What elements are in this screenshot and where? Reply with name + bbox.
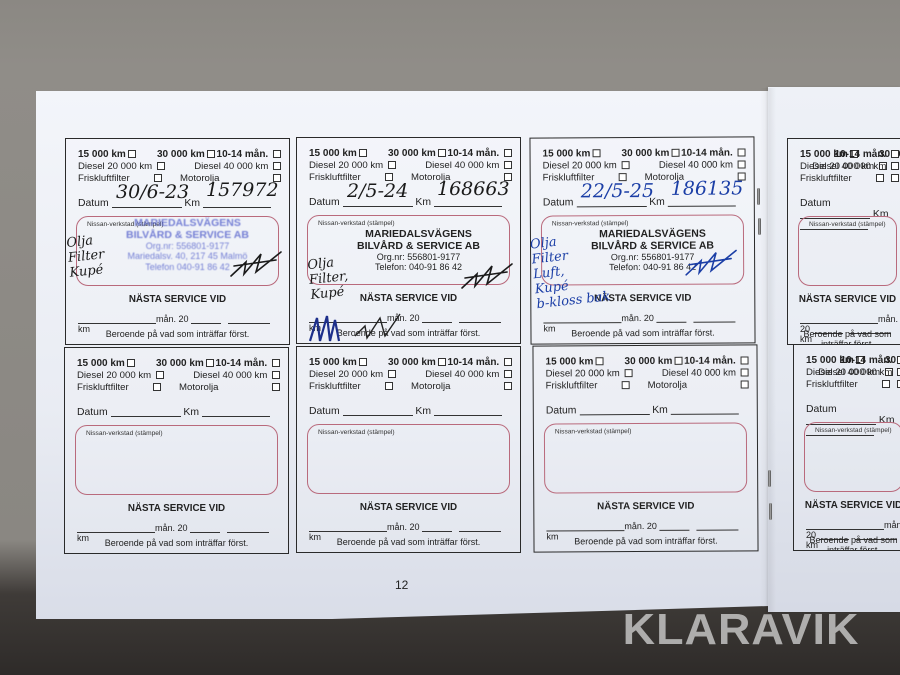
date-label: Datum xyxy=(806,404,837,415)
next-month-field[interactable] xyxy=(77,523,155,533)
option-oil-label: Motorolja xyxy=(411,381,450,392)
date-label: Datum xyxy=(800,198,831,209)
month-label: mån. 20 xyxy=(621,313,654,323)
date-field[interactable] xyxy=(111,407,181,417)
handwritten-date: 22/5-25 xyxy=(581,180,654,202)
option-15000-label: 15 000 km xyxy=(78,149,126,160)
diesel-options-row: Diesel 20 000 km Diesel 40 000 km xyxy=(546,367,749,368)
checkbox-months[interactable] xyxy=(504,149,512,157)
checkbox-diesel40[interactable] xyxy=(504,161,512,169)
service-record-card: 15 000 km 30 000 km 10-14 mån. Diesel 20… xyxy=(64,347,289,554)
checkbox-diesel20[interactable] xyxy=(157,162,165,170)
watermark-logo: KLARAVIK xyxy=(623,605,860,655)
stamp-label: Nissan-verkstad (stämpel) xyxy=(318,220,395,227)
signature-scribble xyxy=(681,242,751,282)
service-options-row: 15 000 km 30 000 km 10-14 mån. xyxy=(546,355,749,356)
handwritten-service-notes: OljaFilter,Kupé xyxy=(307,254,351,303)
next-service-heading: NÄSTA SERVICE VID xyxy=(65,503,288,514)
km-field[interactable] xyxy=(202,407,270,417)
option-15000-label: 15 000 km xyxy=(309,357,357,368)
staple xyxy=(757,188,760,205)
workshop-stamp-box: Nissan-verkstad (stämpel) xyxy=(307,424,510,494)
workshop-stamp-box: Nissan-verkstad (stämpel) xyxy=(544,422,747,493)
option-months-label: 10-14 mån. xyxy=(835,149,887,160)
option-30000-label: 30 000 km xyxy=(156,358,204,369)
next-service-heading: NÄSTA SERVICE VID xyxy=(297,502,520,513)
service-record-card: 15 000 km 30 000 km 10-14 mån. Diesel 20… xyxy=(793,344,900,551)
date-km-row: Datum Km xyxy=(309,406,512,417)
option-diesel40-label: Diesel 40 000 km xyxy=(194,161,268,172)
handwritten-km: 168663 xyxy=(437,178,510,200)
option-diesel40-label: Diesel 40 000 km xyxy=(662,368,736,379)
option-30000-label: 30 000 km xyxy=(625,356,673,367)
date-field[interactable] xyxy=(343,406,413,416)
checkbox-diesel40[interactable] xyxy=(891,162,899,170)
workshop-stamp-box: Nissan-verkstad (stämpel) xyxy=(804,422,900,492)
stamp-label: Nissan-verkstad (stämpel) xyxy=(318,429,395,436)
checkbox-months[interactable] xyxy=(741,356,749,364)
checkbox-diesel20[interactable] xyxy=(624,369,632,377)
option-filter-label: Friskluftfilter xyxy=(800,173,852,184)
next-month-field[interactable] xyxy=(309,522,387,532)
date-km-row: Datum Km xyxy=(546,404,749,416)
date-label: Datum xyxy=(309,197,340,208)
service-record-card: 15 000 km 30 000 km 10-14 mån. Diesel 20… xyxy=(532,344,758,552)
checkbox-diesel40[interactable] xyxy=(272,371,280,379)
checkbox-diesel20[interactable] xyxy=(388,161,396,169)
option-months-label: 10-14 mån. xyxy=(684,356,736,367)
workshop-stamp-box: Nissan-verkstad (stämpel) xyxy=(798,216,897,286)
km-label: Km xyxy=(652,405,668,416)
option-months-label: 10-14 mån. xyxy=(216,358,268,369)
option-15000-label: 15 000 km xyxy=(77,358,125,369)
checkbox-diesel20[interactable] xyxy=(621,161,629,169)
checkbox-diesel40[interactable] xyxy=(504,370,512,378)
checkbox-filter[interactable] xyxy=(622,381,630,389)
next-service-heading: NÄSTA SERVICE VID xyxy=(534,500,757,512)
checkbox-filter[interactable] xyxy=(876,174,884,182)
signature-scribble xyxy=(226,244,296,284)
handwritten-service-notes: OljaFilterKupé xyxy=(66,232,107,281)
checkbox-15000[interactable] xyxy=(127,359,135,367)
month-label: mån. 20 xyxy=(387,522,420,532)
handwritten-date: 2/5-24 xyxy=(347,180,408,202)
option-15000-label: 15 000 km xyxy=(543,148,591,159)
whichever-first-note: Beroende på vad som inträffar först. xyxy=(531,327,754,338)
service-record-card: 15 000 km 30 000 km 10-14 mån. Diesel 20… xyxy=(65,138,290,345)
option-diesel40-label: Diesel 40 000 km xyxy=(818,367,892,378)
checkbox-diesel40[interactable] xyxy=(738,160,746,168)
option-diesel20-label: Diesel 20 000 km xyxy=(543,160,617,171)
service-record-card: 15 000 km 30 000 km 10-14 mån. Diesel 20… xyxy=(529,136,755,344)
next-km-field[interactable] xyxy=(693,313,735,323)
checkbox-30000[interactable] xyxy=(438,149,446,157)
next-month-field[interactable] xyxy=(806,520,884,530)
staple xyxy=(769,503,772,520)
stamp-line: BILVÅRD & SERVICE AB xyxy=(317,240,520,252)
staple xyxy=(768,470,771,487)
km-label: Km xyxy=(415,406,431,417)
option-diesel20-label: Diesel 20 000 km xyxy=(309,160,383,171)
checkbox-30000[interactable] xyxy=(674,357,682,365)
date-label: Datum xyxy=(77,407,108,418)
next-km-field[interactable] xyxy=(459,313,501,323)
next-year-field[interactable] xyxy=(656,313,686,323)
scribble-mark xyxy=(305,306,415,346)
km-field[interactable] xyxy=(434,406,502,416)
whichever-first-note: Beroende på vad som inträffar först. xyxy=(65,538,288,548)
checkbox-15000[interactable] xyxy=(359,149,367,157)
km-field[interactable] xyxy=(671,405,739,415)
booklet-spine xyxy=(760,88,776,618)
stamp-label: Nissan-verkstad (stämpel) xyxy=(555,428,632,435)
checkbox-15000[interactable] xyxy=(359,358,367,366)
next-year-field[interactable] xyxy=(422,522,452,532)
checkbox-diesel40[interactable] xyxy=(741,368,749,376)
handwritten-km: 186135 xyxy=(671,177,744,199)
service-record-card: 15 000 km 30 000 km 10-14 mån. Diesel 20… xyxy=(787,138,900,345)
option-filter-label: Friskluftfilter xyxy=(546,380,598,391)
option-diesel20-label: Diesel 20 000 km xyxy=(78,161,152,172)
month-label: mån. 20 xyxy=(155,523,188,533)
next-month-field[interactable] xyxy=(78,314,156,324)
next-service-heading: NÄSTA SERVICE VID xyxy=(794,500,900,511)
next-year-field[interactable] xyxy=(422,313,452,323)
date-label: Datum xyxy=(309,406,340,417)
checkbox-oil[interactable] xyxy=(504,382,512,390)
km-label: Km xyxy=(415,197,431,208)
option-diesel40-label: Diesel 40 000 km xyxy=(659,160,733,171)
option-30000-label: 30 000 km xyxy=(157,149,205,160)
option-diesel40-label: Diesel 40 000 km xyxy=(425,369,499,380)
handwritten-km: 157972 xyxy=(206,179,279,201)
stamp-label: Nissan-verkstad (stämpel) xyxy=(809,221,886,228)
option-months-label: 10-14 mån. xyxy=(217,149,269,160)
next-service-heading: NÄSTA SERVICE VID xyxy=(788,294,900,305)
month-label: mån. 20 xyxy=(624,521,657,531)
checkbox-diesel20[interactable] xyxy=(388,370,396,378)
whichever-first-note: Beroende på vad som inträffar först. xyxy=(534,535,757,546)
whichever-first-note: Beroende på vad som inträffar först. xyxy=(66,329,289,339)
stamp-label: Nissan-verkstad (stämpel) xyxy=(86,430,163,437)
next-km-field[interactable] xyxy=(459,522,501,532)
next-month-field[interactable] xyxy=(800,314,878,324)
checkbox-oil[interactable] xyxy=(741,380,749,388)
handwritten-date: 30/6-23 xyxy=(116,181,189,203)
option-months-label: 10-14 mån. xyxy=(448,357,500,368)
date-km-row: Datum Km xyxy=(77,407,280,418)
checkbox-diesel20[interactable] xyxy=(156,371,164,379)
option-30000-label: 30 000 km xyxy=(622,148,670,159)
stamp-label: Nissan-verkstad (stämpel) xyxy=(552,220,629,227)
page-number: 12 xyxy=(395,578,408,592)
option-15000-label: 15 000 km xyxy=(546,356,594,367)
filter-options-row: Friskluftfilter Motorolja xyxy=(546,379,749,380)
checkbox-filter[interactable] xyxy=(882,380,890,388)
next-year-field[interactable] xyxy=(190,523,220,533)
checkbox-30000[interactable] xyxy=(671,149,679,157)
checkbox-filter[interactable] xyxy=(153,383,161,391)
next-month-field[interactable] xyxy=(546,521,624,531)
next-year-field[interactable] xyxy=(659,521,689,531)
checkbox-diesel40[interactable] xyxy=(273,162,281,170)
workshop-stamp-box: Nissan-verkstad (stämpel) xyxy=(75,425,278,495)
whichever-first-note: Beroende på vad som inträffar först. xyxy=(788,329,900,345)
stamp-line: BILVÅRD & SERVICE AB xyxy=(86,229,289,241)
checkbox-oil[interactable] xyxy=(272,383,280,391)
option-filter-label: Friskluftfilter xyxy=(806,379,858,390)
date-label: Datum xyxy=(543,197,574,208)
option-months-label: 10-14 mån. xyxy=(841,355,893,366)
km-label: Km xyxy=(183,407,199,418)
handwritten-service-notes: OljaFilterLuft,Kupéb-kloss bak xyxy=(529,230,611,313)
service-record-card: 15 000 km 30 000 km 10-14 mån. Diesel 20… xyxy=(296,137,521,344)
option-diesel40-label: Diesel 40 000 km xyxy=(193,370,267,381)
next-service-heading: NÄSTA SERVICE VID xyxy=(66,294,289,305)
next-month-field[interactable] xyxy=(543,313,621,323)
option-diesel20-label: Diesel 20 000 km xyxy=(77,370,151,381)
option-filter-label: Friskluftfilter xyxy=(309,381,361,392)
date-label: Datum xyxy=(78,198,109,209)
checkbox-months[interactable] xyxy=(504,358,512,366)
stamp-label: Nissan-verkstad (stämpel) xyxy=(815,427,892,434)
checkbox-30000[interactable] xyxy=(206,359,214,367)
option-months-label: 10-14 mån. xyxy=(681,148,733,159)
month-label: mån. 20 xyxy=(156,314,189,324)
option-30000-label: 30 000 km xyxy=(388,357,436,368)
checkbox-months[interactable] xyxy=(891,150,899,158)
checkbox-oil[interactable] xyxy=(891,174,899,182)
whichever-first-note: Beroende på vad som inträffar först. xyxy=(794,535,900,551)
checkbox-15000[interactable] xyxy=(128,150,136,158)
option-diesel40-label: Diesel 40 000 km xyxy=(425,160,499,171)
staple xyxy=(758,218,761,235)
checkbox-filter[interactable] xyxy=(385,382,393,390)
date-field[interactable] xyxy=(579,405,649,415)
option-15000-label: 15 000 km xyxy=(309,148,357,159)
service-options-row: 15 000 km 30 000 km 10-14 mån. xyxy=(543,147,746,148)
stamp-line: MARIEDALSVÄGENS xyxy=(86,217,289,229)
option-oil-label: Motorolja xyxy=(648,380,688,391)
date-label: Datum xyxy=(546,405,577,416)
next-km-field[interactable] xyxy=(227,523,269,533)
service-record-card: 15 000 km 30 000 km 10-14 mån. Diesel 20… xyxy=(296,346,521,553)
next-year-field[interactable] xyxy=(191,314,221,324)
signature-scribble xyxy=(457,256,527,296)
checkbox-15000[interactable] xyxy=(592,149,600,157)
checkbox-30000[interactable] xyxy=(207,150,215,158)
next-km-field[interactable] xyxy=(696,521,738,531)
checkbox-30000[interactable] xyxy=(438,358,446,366)
option-diesel20-label: Diesel 20 000 km xyxy=(309,369,383,380)
option-diesel40-label: Diesel 40 000 km xyxy=(812,161,886,172)
option-30000-label: 30 000 km xyxy=(388,148,436,159)
whichever-first-note: Beroende på vad som inträffar först. xyxy=(297,537,520,547)
next-km-field[interactable] xyxy=(228,314,270,324)
checkbox-months[interactable] xyxy=(273,150,281,158)
diesel-options-row: Diesel 20 000 km Diesel 40 000 km xyxy=(543,159,746,160)
checkbox-months[interactable] xyxy=(738,148,746,156)
checkbox-months[interactable] xyxy=(272,359,280,367)
filter-options-row: Friskluftfilter Motorolja xyxy=(543,171,746,172)
option-diesel20-label: Diesel 20 000 km xyxy=(546,368,620,379)
checkbox-15000[interactable] xyxy=(595,357,603,365)
option-oil-label: Motorolja xyxy=(179,382,218,393)
option-filter-label: Friskluftfilter xyxy=(77,382,129,393)
stamp-line: MARIEDALSVÄGENS xyxy=(317,228,520,240)
option-months-label: 10-14 mån. xyxy=(448,148,500,159)
